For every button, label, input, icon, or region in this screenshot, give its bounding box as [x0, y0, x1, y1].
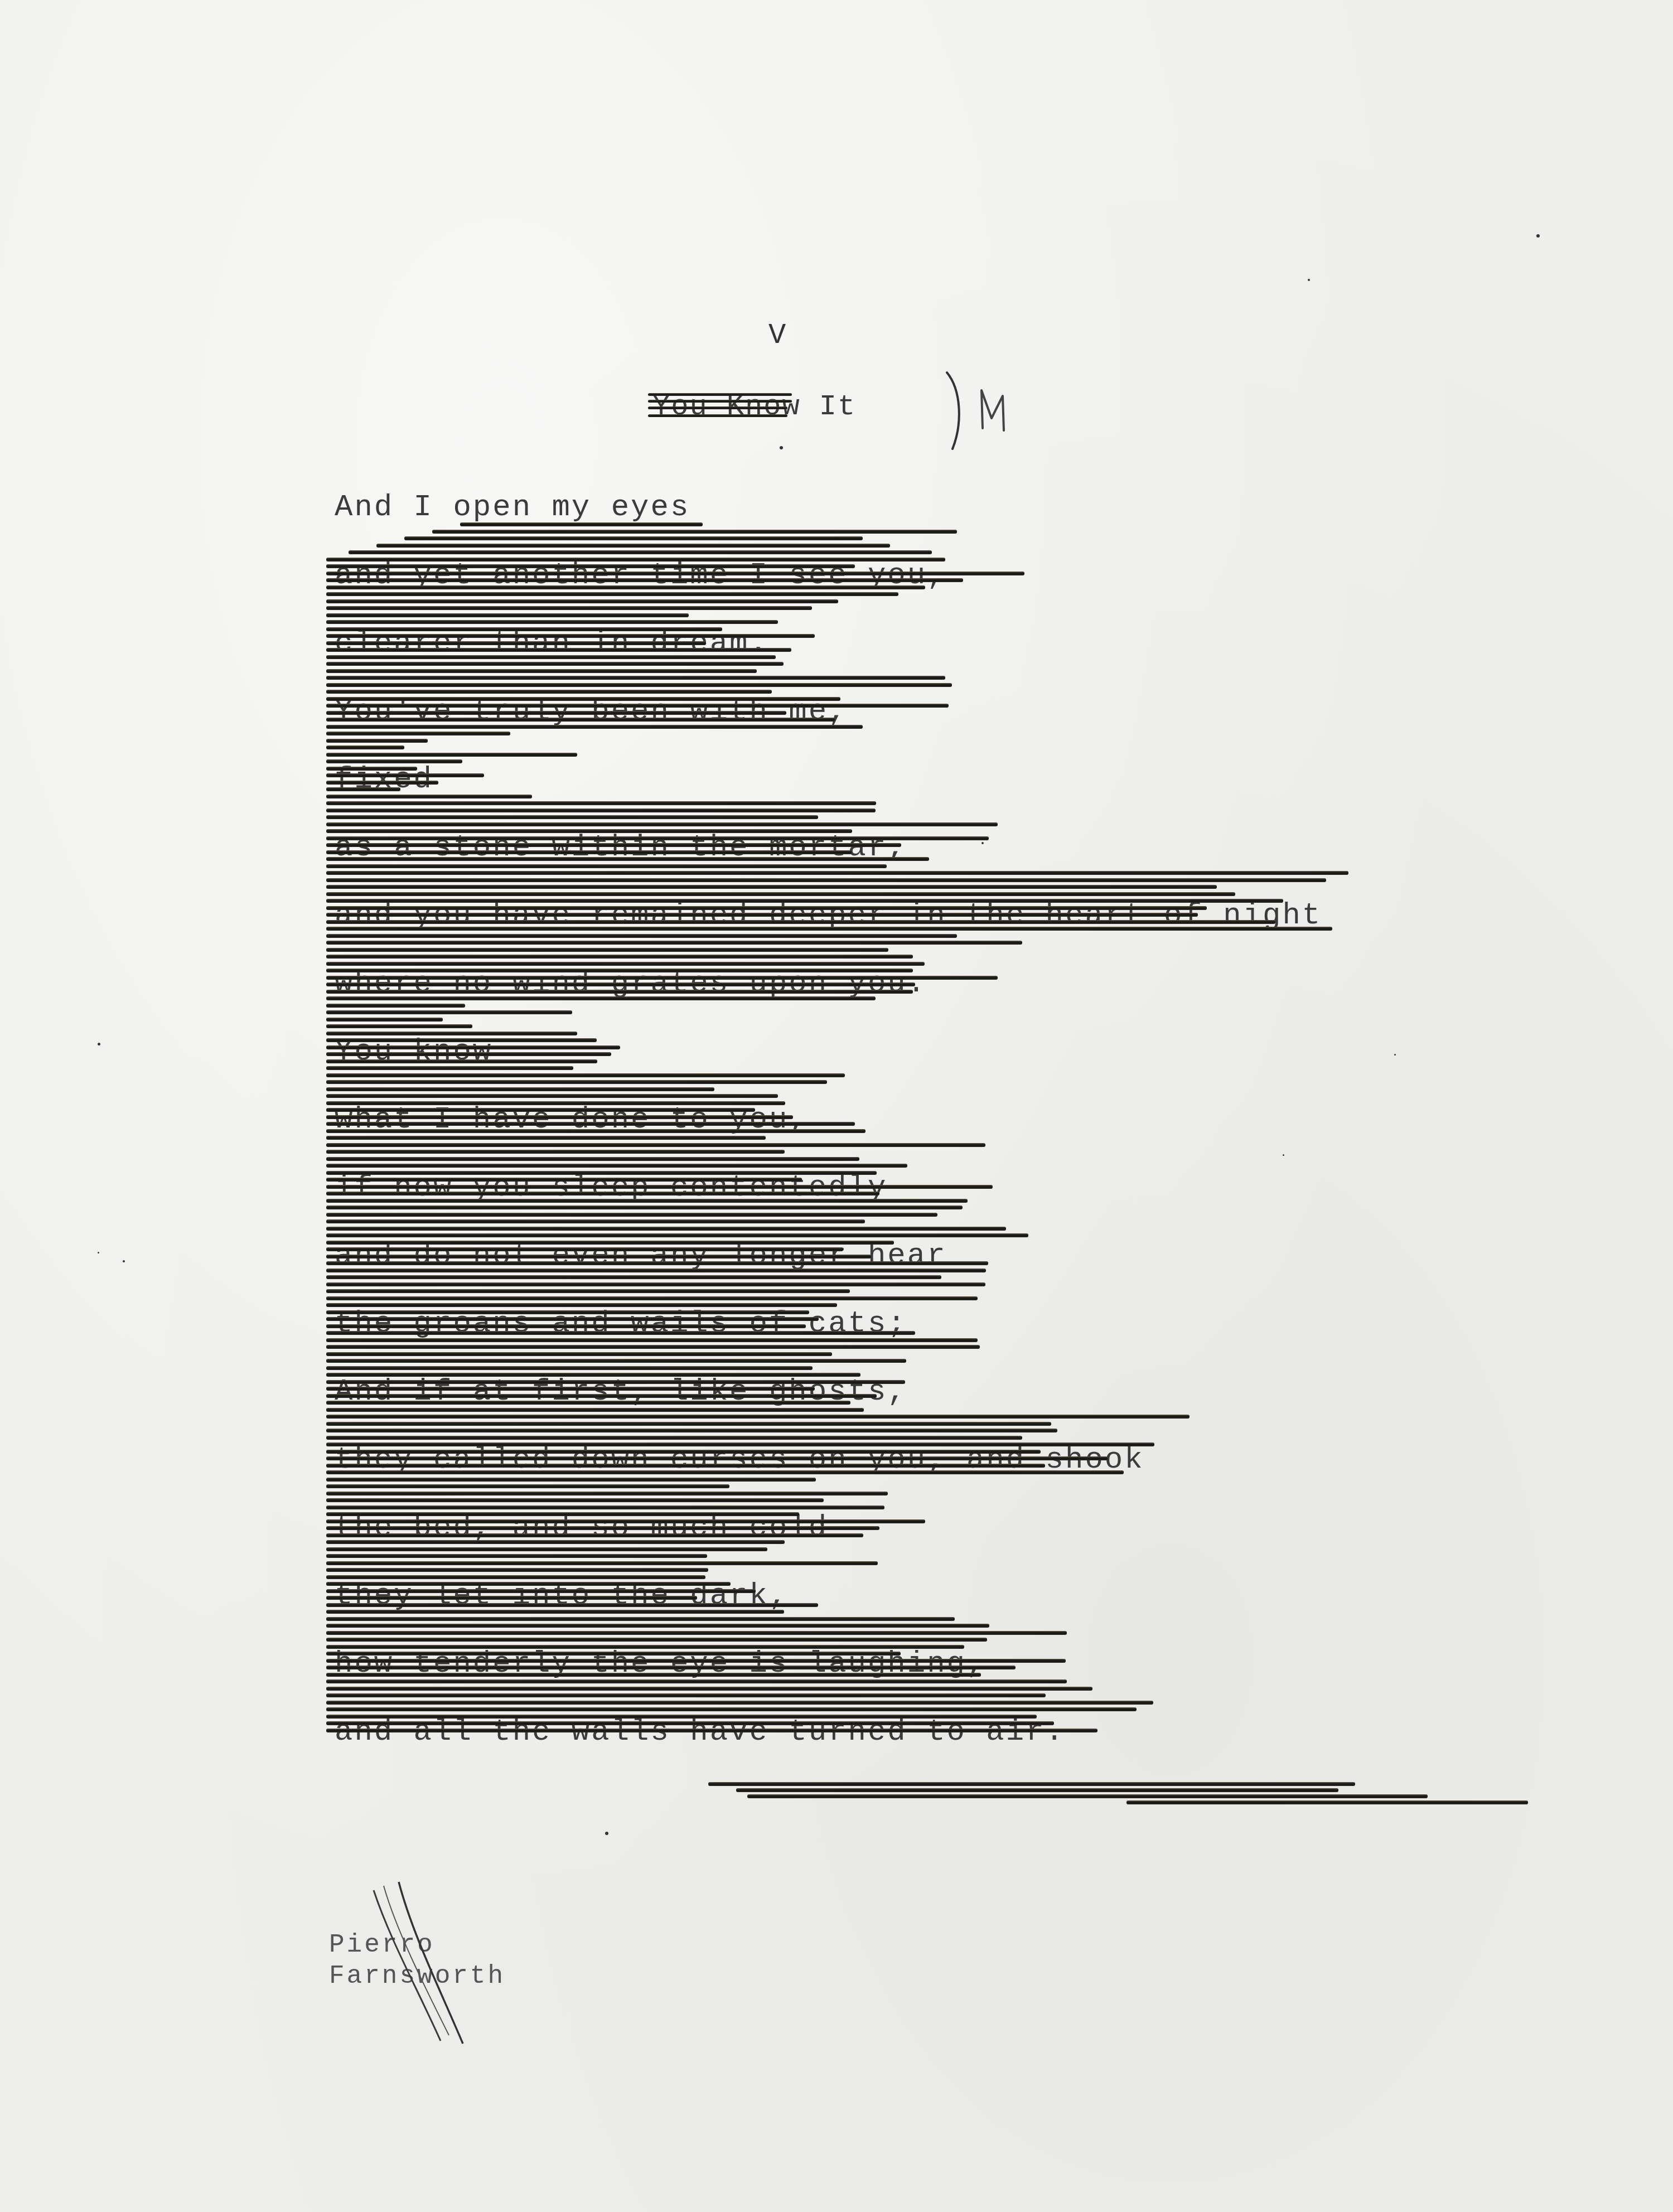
strikethrough-line	[326, 1394, 877, 1398]
poem-line: And I open my eyes	[335, 491, 690, 525]
strikethrough-line	[326, 836, 989, 840]
strikethrough-line	[326, 1715, 1037, 1719]
strikethrough-line	[326, 1610, 784, 1614]
strikethrough-line	[326, 1296, 978, 1300]
strikethrough-line	[326, 1178, 802, 1182]
strikethrough-line	[326, 655, 776, 659]
strikethrough-line	[326, 843, 901, 847]
strikethrough-line	[326, 1456, 1108, 1460]
title-strike-line	[648, 414, 787, 417]
strikethrough-line	[326, 1603, 818, 1607]
paper-speck	[123, 1260, 125, 1262]
strikethrough-line	[326, 1359, 906, 1363]
strikethrough-line	[326, 1129, 865, 1133]
strikethrough-line	[326, 1087, 714, 1091]
strikethrough-line	[432, 530, 957, 534]
strikethrough-line	[326, 627, 722, 631]
paper-speck	[1536, 234, 1540, 238]
strikethrough-line	[376, 544, 890, 548]
strikethrough-line	[326, 1512, 799, 1516]
strikethrough-line	[326, 1108, 755, 1112]
strikethrough-line	[326, 1380, 905, 1384]
strikethrough-line	[326, 1498, 824, 1502]
paper-speck	[605, 1832, 608, 1835]
strikethrough-line	[326, 1241, 894, 1245]
strikethrough-line	[326, 1631, 1067, 1635]
strikethrough-line	[326, 1422, 1051, 1426]
strikethrough-line	[326, 781, 438, 785]
paper-speck	[98, 1252, 99, 1253]
strikethrough-line	[326, 1436, 1022, 1440]
strikethrough-line	[326, 1004, 465, 1008]
strikethrough-line	[326, 871, 1348, 875]
strikethrough-line	[326, 613, 689, 617]
strikethrough-line	[326, 1478, 816, 1482]
paper-speck	[1308, 279, 1310, 281]
strikethrough-line	[326, 934, 957, 938]
strikethrough-line	[326, 1261, 988, 1265]
strikethrough-line	[326, 941, 1022, 945]
section-number: V	[768, 319, 786, 352]
strikethrough-line	[326, 795, 532, 798]
strikethrough-line	[326, 1185, 993, 1189]
strikethrough-line	[326, 927, 1332, 931]
strikethrough-line	[326, 606, 812, 610]
strikethrough-line	[460, 522, 703, 526]
strikethrough-line	[326, 976, 998, 980]
strikethrough-line	[326, 787, 400, 791]
strikethrough-line	[326, 850, 852, 854]
trailing-strike-line	[736, 1788, 1338, 1792]
strikethrough-line	[326, 996, 876, 1000]
strikethrough-line	[326, 558, 945, 562]
strikethrough-line	[326, 1568, 708, 1572]
strikethrough-line	[326, 822, 998, 826]
strikethrough-line	[326, 1101, 785, 1105]
strikethrough-line	[326, 1066, 573, 1070]
strikethrough-line	[326, 1213, 937, 1217]
paper-speck	[780, 446, 783, 449]
strikethrough-line	[326, 690, 772, 694]
strikethrough-line	[326, 1122, 855, 1126]
strikethrough-line	[326, 1038, 597, 1042]
strikethrough-line	[326, 899, 1283, 903]
strikethrough-line	[326, 1659, 1066, 1663]
strikethrough-line	[326, 1046, 620, 1049]
strikethrough-line	[326, 1289, 850, 1293]
strikethrough-line	[326, 669, 757, 673]
strikethrough-line	[326, 1310, 809, 1314]
strikethrough-line	[326, 1506, 884, 1509]
strikethrough-line	[326, 1729, 1097, 1732]
strikethrough-line	[326, 1554, 707, 1558]
strikethrough-line	[326, 711, 786, 715]
title-strike-line	[648, 393, 792, 396]
strikethrough-line	[326, 913, 1198, 917]
strikethrough-line	[326, 1338, 978, 1342]
strikethrough-line	[326, 1561, 878, 1565]
strikethrough-line	[326, 1192, 879, 1195]
strikethrough-line	[326, 1366, 813, 1370]
strikethrough-line	[326, 697, 840, 701]
strikethrough-line	[326, 592, 898, 596]
strikethrough-line	[326, 1206, 963, 1209]
strikethrough-line	[326, 1227, 1006, 1231]
strikethrough-line	[326, 1401, 850, 1405]
strikethrough-line	[326, 662, 784, 666]
strikethrough-line	[326, 1415, 1190, 1419]
strikethrough-line	[326, 1317, 819, 1321]
strikethrough-line	[326, 1282, 985, 1286]
title-strike-line	[648, 400, 792, 403]
title-strike-line	[648, 406, 787, 409]
strikethrough-line	[326, 1679, 1067, 1683]
strikethrough-line	[326, 1464, 1045, 1468]
strikethrough-line	[326, 1387, 815, 1391]
strikethrough-line	[326, 732, 510, 735]
strikethrough-line	[404, 536, 863, 540]
strikethrough-line	[326, 1219, 865, 1223]
strikethrough-line	[326, 1701, 1153, 1705]
strikethrough-line	[326, 1547, 767, 1551]
strikethrough-line	[326, 1429, 1057, 1432]
paper-speck	[1394, 1054, 1396, 1056]
strikethrough-line	[326, 1233, 1028, 1237]
paper-speck	[98, 1043, 100, 1046]
strikethrough-line	[326, 1073, 845, 1077]
strikethrough-line	[326, 572, 1024, 575]
strikethrough-line	[326, 1519, 925, 1523]
strikethrough-line	[326, 1687, 1092, 1691]
strikethrough-line	[326, 1540, 785, 1544]
strikethrough-line	[326, 1094, 778, 1098]
poem-line: and all the walls have turned to air.	[335, 1715, 1065, 1749]
strikethrough-line	[326, 1143, 985, 1147]
strikethrough-line	[326, 1533, 863, 1537]
strikethrough-line	[326, 1673, 981, 1677]
strikethrough-line	[326, 1331, 915, 1335]
strikethrough-line	[326, 1255, 871, 1259]
strikethrough-line	[326, 809, 876, 812]
strikethrough-line	[326, 1115, 793, 1119]
strikethrough-line	[326, 773, 484, 777]
paper-speck	[981, 842, 984, 844]
strikethrough-line	[349, 550, 932, 554]
strikethrough-line	[326, 857, 929, 861]
strikethrough-line	[326, 641, 706, 645]
strikethrough-line	[326, 1666, 1016, 1669]
strikethrough-line	[326, 982, 915, 986]
strikethrough-line	[326, 1018, 443, 1022]
strikethrough-line	[326, 1721, 1054, 1725]
strikethrough-line	[326, 1624, 989, 1628]
strikethrough-line	[326, 1150, 785, 1154]
strikethrough-line	[326, 1526, 879, 1530]
strikethrough-line	[326, 1032, 577, 1035]
strikethrough-line	[326, 739, 428, 743]
strikethrough-line	[326, 864, 887, 868]
strikethrough-line	[326, 1157, 859, 1161]
strikethrough-line	[326, 578, 963, 582]
strikethrough-line	[326, 1638, 987, 1642]
strikethrough-line	[326, 1589, 756, 1593]
strikethrough-line	[326, 683, 952, 687]
strikethrough-line	[326, 1247, 843, 1251]
strikethrough-line	[326, 725, 863, 729]
trailing-strike-line	[1126, 1800, 1528, 1804]
strikethrough-line	[326, 920, 1275, 924]
strikethrough-line	[326, 1492, 888, 1495]
strikethrough-line	[326, 676, 945, 680]
trailing-strike-line	[747, 1794, 1428, 1798]
strikethrough-line	[326, 829, 852, 833]
strikethrough-line	[326, 1024, 472, 1028]
strikethrough-line	[326, 962, 925, 966]
strikethrough-line	[326, 753, 577, 757]
strikethrough-line	[326, 1443, 1154, 1446]
strikethrough-line	[326, 1645, 964, 1649]
signature-crossout-icon	[357, 1879, 524, 2046]
strikethrough-line	[326, 1269, 986, 1272]
strikethrough-line	[326, 1596, 697, 1600]
handwritten-annotation-icon	[937, 368, 1015, 452]
strikethrough-line	[326, 1010, 572, 1014]
strikethrough-line	[326, 1408, 864, 1412]
strikethrough-line	[326, 1582, 731, 1586]
strikethrough-line	[326, 1171, 877, 1175]
strikethrough-line	[326, 1059, 597, 1063]
paper-page	[0, 0, 1673, 2212]
trailing-strike-line	[708, 1782, 1355, 1786]
strikethrough-line	[326, 1052, 611, 1056]
strikethrough-line	[326, 948, 888, 952]
strikethrough-line	[326, 1617, 955, 1621]
strikethrough-line	[326, 990, 913, 994]
strikethrough-line	[326, 585, 925, 589]
strikethrough-line	[326, 1707, 1137, 1711]
strikethrough-line	[326, 1575, 705, 1579]
strikethrough-line	[326, 1080, 827, 1084]
strikethrough-line	[326, 1352, 832, 1356]
strikethrough-line	[326, 1373, 860, 1377]
strikethrough-line	[326, 704, 949, 708]
strikethrough-line	[326, 969, 913, 972]
strikethrough-line	[326, 955, 913, 959]
strikethrough-line	[326, 648, 791, 652]
strikethrough-line	[326, 1484, 729, 1488]
strikethrough-line	[326, 1324, 806, 1328]
strikethrough-line	[326, 906, 1207, 910]
strikethrough-line	[326, 620, 778, 624]
strikethrough-line	[326, 1345, 980, 1349]
strikethrough-line	[326, 1275, 941, 1279]
strikethrough-line	[326, 767, 417, 771]
strikethrough-line	[326, 815, 818, 819]
strikethrough-line	[326, 1470, 1124, 1474]
strikethrough-line	[326, 1303, 837, 1307]
strikethrough-line	[326, 564, 855, 568]
strikethrough-line	[326, 1450, 1041, 1454]
strikethrough-line	[326, 746, 404, 749]
strikethrough-line	[326, 1164, 907, 1168]
strikethrough-line	[326, 1693, 1046, 1697]
strikethrough-line	[326, 1652, 901, 1656]
strikethrough-line	[326, 1199, 968, 1203]
paper-speck	[1283, 1154, 1284, 1156]
strikethrough-line	[326, 599, 838, 603]
strikethrough-line	[326, 718, 835, 722]
strikethrough-line	[326, 634, 815, 638]
strikethrough-line	[326, 759, 462, 763]
strikethrough-line	[326, 1136, 766, 1140]
strikethrough-line	[326, 801, 876, 805]
strikethrough-line	[326, 885, 1217, 889]
strikethrough-line	[326, 892, 1235, 896]
strikethrough-line	[326, 878, 1326, 882]
